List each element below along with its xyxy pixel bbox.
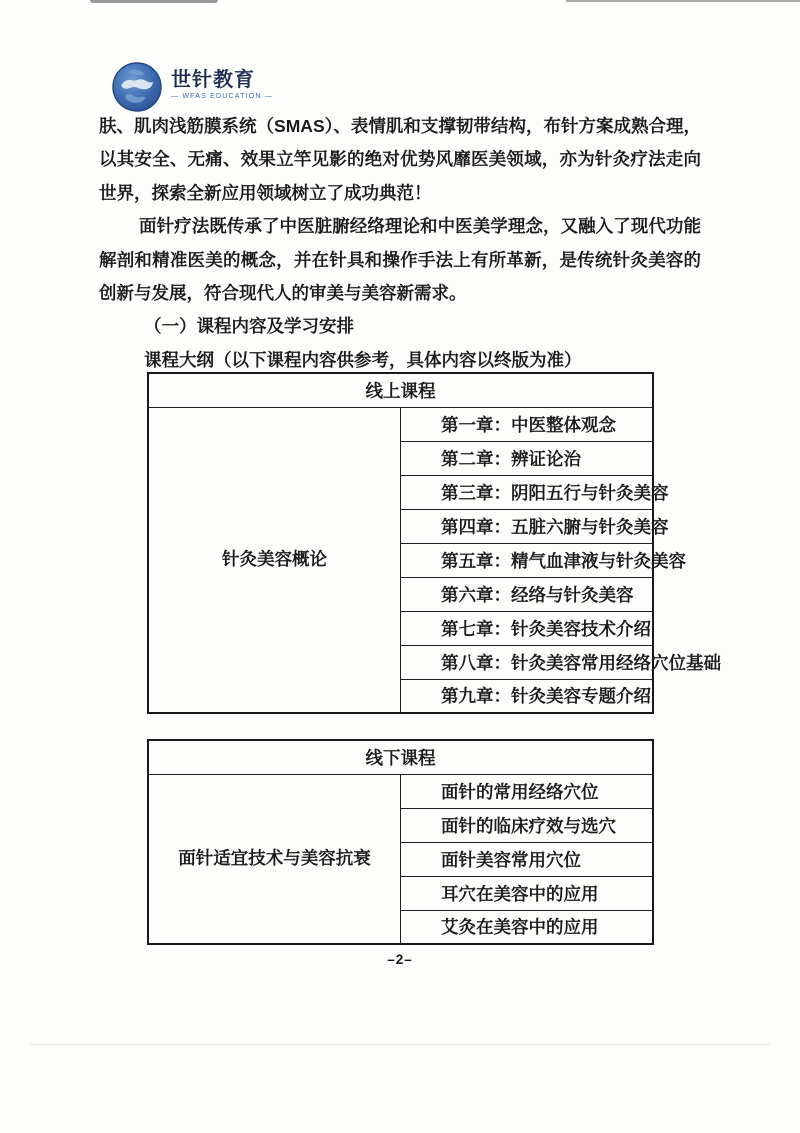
- table-header-cell: 线下课程: [148, 740, 653, 774]
- paragraph-1: 肤、肌肉浅筋膜系统（SMAS）、表情肌和支撑韧带结构，布针方案成熟合理， 以其安…: [99, 110, 701, 210]
- category-cell: 面针适宜技术与美容抗衰: [148, 774, 401, 944]
- table-header-cell: 线上课程: [148, 373, 653, 407]
- logo-text: 世针教育 — WFAS EDUCATION —: [171, 62, 273, 100]
- logo-title: 世针教育: [171, 69, 273, 91]
- course-item-cell: 第七章：针灸美容技术介绍: [401, 611, 654, 645]
- table-row: 面针适宜技术与美容抗衰 面针的常用经络穴位: [148, 774, 653, 808]
- course-item-cell: 第六章：经络与针灸美容: [401, 577, 654, 611]
- section-heading: （一）课程内容及学习安排: [99, 310, 701, 343]
- globe-logo-icon: [112, 62, 162, 112]
- course-item-cell: 第一章：中医整体观念: [401, 407, 654, 441]
- body-text: 肤、肌肉浅筋膜系统（SMAS）、表情肌和支撑韧带结构，布针方案成熟合理， 以其安…: [99, 110, 701, 377]
- body-line: 解剖和精准医美的概念，并在针具和操作手法上有所革新，是传统针灸美容的: [99, 244, 701, 277]
- body-line: 世界，探索全新应用领域树立了成功典范！: [99, 177, 701, 210]
- scan-artifact: [30, 1044, 770, 1045]
- body-line: 面针疗法既传承了中医脏腑经络理论和中医美学理念，又融入了现代功能: [99, 210, 701, 243]
- category-cell: 针灸美容概论: [148, 407, 401, 713]
- table-header-row: 线上课程: [148, 373, 653, 407]
- course-item-cell: 第八章：针灸美容常用经络穴位基础: [401, 645, 654, 679]
- course-item-cell: 艾灸在美容中的应用: [401, 910, 654, 944]
- course-item-cell: 第四章：五脏六腑与针灸美容: [401, 509, 654, 543]
- online-course-table: 线上课程 针灸美容概论 第一章：中医整体观念 第二章：辨证论治 第三章：阴阳五行…: [147, 372, 654, 714]
- table-header-row: 线下课程: [148, 740, 653, 774]
- scan-artifact: [566, 0, 800, 2]
- body-line: 以其安全、无痛、效果立竿见影的绝对优势风靡医美领域，亦为针灸疗法走向: [99, 143, 701, 176]
- body-line: 肤、肌肉浅筋膜系统（SMAS）、表情肌和支撑韧带结构，布针方案成熟合理，: [99, 110, 701, 143]
- scan-artifact: [90, 0, 218, 3]
- course-item-cell: 面针的常用经络穴位: [401, 774, 654, 808]
- paragraph-2: 面针疗法既传承了中医脏腑经络理论和中医美学理念，又融入了现代功能 解剖和精准医美…: [99, 210, 701, 310]
- logo: 世针教育 — WFAS EDUCATION —: [112, 62, 273, 112]
- body-line: 创新与发展，符合现代人的审美与美容新需求。: [99, 277, 701, 310]
- offline-course-table: 线下课程 面针适宜技术与美容抗衰 面针的常用经络穴位 面针的临床疗效与选穴 面针…: [147, 739, 654, 945]
- page-number: –2–: [0, 952, 800, 967]
- course-item-cell: 第二章：辨证论治: [401, 441, 654, 475]
- course-item-cell: 面针美容常用穴位: [401, 842, 654, 876]
- course-item-cell: 第九章：针灸美容专题介绍: [401, 679, 654, 713]
- table-row: 针灸美容概论 第一章：中医整体观念: [148, 407, 653, 441]
- course-item-cell: 第五章：精气血津液与针灸美容: [401, 543, 654, 577]
- course-item-cell: 第三章：阴阳五行与针灸美容: [401, 475, 654, 509]
- course-item-cell: 耳穴在美容中的应用: [401, 876, 654, 910]
- course-item-cell: 面针的临床疗效与选穴: [401, 808, 654, 842]
- document-page: 世针教育 — WFAS EDUCATION — 肤、肌肉浅筋膜系统（SMAS）、…: [0, 0, 800, 1133]
- logo-subtitle: — WFAS EDUCATION —: [171, 93, 273, 100]
